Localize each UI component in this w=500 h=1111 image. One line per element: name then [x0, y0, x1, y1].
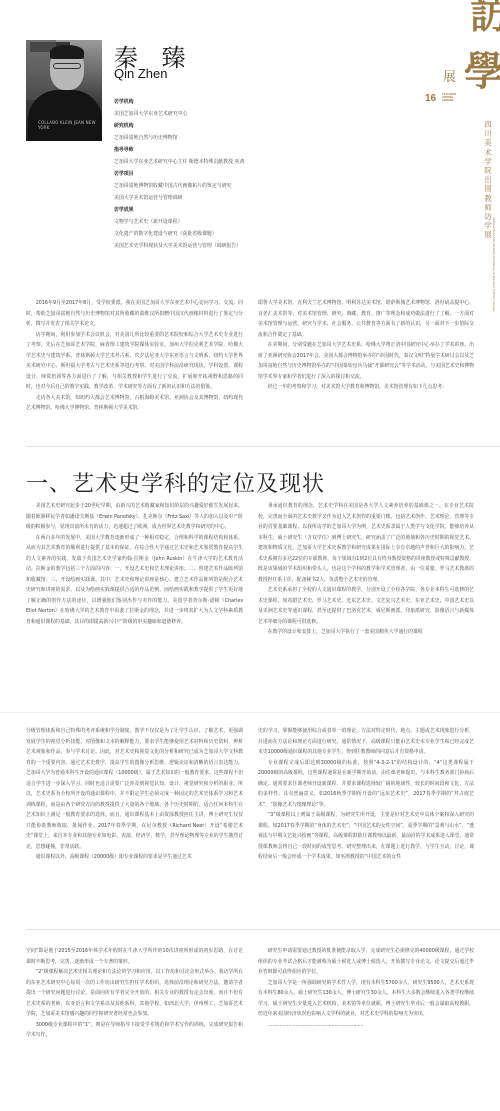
info-value: 芝加哥富地博物馆收藏中国古代画像拓片的鉴定与研究	[114, 180, 374, 192]
paragraph: 空间”即是他于2015至2016年休学术年假时在牛津大学所作的10次讲座所形成的…	[26, 946, 243, 967]
paragraph: 经过一年的考察和学习，对美术馆大学教育和博物馆、美术馆管理有如下几点思考：	[258, 382, 474, 393]
ellipsis-continuation: …………………………………………………………	[258, 1020, 474, 1031]
section1-block2-left: 分级管理体系和自己特殊的考评系统和学分制度。教学不仅仅是为了让学生认识、了解艺术…	[26, 726, 243, 863]
paragraph: 在美期间，分别受邀在芝加哥大学艺术史系、哈佛大学费正清中国研究中心举办了学术讲座…	[258, 340, 474, 382]
paragraph: 芝加哥大学是一所强调研究的学术性大学，现有本科生5700余人，研究生9500人，…	[258, 978, 474, 1020]
profile-info: 访学机构 美国芝加哥大学东亚艺术研究中心 研究机构 芝加哥富地自然与历史博物馆 …	[114, 96, 374, 252]
logo-edition-subtitle: TEACHERS VISITING ABROAD	[442, 93, 456, 103]
info-value: 芝加哥富地自然与历史博物馆	[114, 132, 374, 144]
paragraph: 通识课程以外，高级课程（20000级）即专业课程的要求是学生通过艺术	[26, 852, 243, 863]
photo-person-glasses	[53, 63, 81, 69]
paragraph: 专业课程完成后即达到30000级的标准，按照“4-3-2-1”的结构设计的。“4…	[258, 758, 474, 811]
paragraph: 研究生申请需要通过教授的批准便能录取入学，完成研究生必须修完的40000级课程，…	[258, 946, 474, 978]
photo-person-hair	[50, 45, 84, 59]
exhibition-logo: 訪 學 展 16 TEACHERS VISITING ABROAD	[420, 0, 500, 110]
paragraph: 艺术史系承担了全校的人文通识课程的教学，分别开设了全校各学院、各专业本科生可选修…	[258, 585, 474, 627]
paragraph: 走访各大美术馆，如纽约大都会艺术博物馆，古根海姆美术馆、亚洲协会及其博物馆、纽约…	[26, 393, 243, 414]
paragraph: “3”级课程以上则属于高级课程，为研究生所开设，主要是针对艺术史中具体个案和深入…	[258, 810, 474, 863]
vertical-exhibition-subtitle: Sichuan Fine Arts Institute Exhibition o…	[481, 228, 493, 308]
info-value: 文化遗产的数字化建设与研究（获批省级课题）	[114, 228, 374, 240]
paragraph: “2”级课程解决艺术史相关理论和方法论的学习和应用，以工作坊和讨论会形式举办。我…	[26, 967, 243, 1020]
paragraph: 在两百多年的发展中，美国大学教育逐渐形成了一种相对稳定、合理和科学的课程结构和体…	[26, 533, 243, 628]
info-label-achievements: 访学成果	[114, 204, 374, 216]
logo-sub-line: ABROAD	[442, 99, 456, 102]
intro-column-right: 耶鲁大学美术馆、克利夫兰艺术博物馆、明利苏达美术馆、堪萨斯城艺术博物馆、洛杉矶盖…	[258, 298, 474, 393]
paragraph: 2016年9月至2017年8月，受学校委派，我在美国芝加哥大学东亚艺术中心访问学…	[26, 298, 243, 330]
section1-block3-left: 空间”即是他于2015至2016年休学术年假时在牛津大学所作的10次讲座所形成的…	[26, 946, 243, 1041]
logo-edition-number: 16	[425, 93, 436, 104]
paragraph: 秉承通识教育的理念，艺术史学科在美国是各大学人文素养培养的基础课之一。在专业艺术…	[258, 501, 474, 585]
profile-name-english: Qin Zhen	[114, 66, 167, 81]
info-label-advisor: 指导导师	[114, 144, 374, 156]
info-label-projects: 访学项目	[114, 168, 374, 180]
section1-block3-right: 研究生申请需要通过教授的批准便能录取入学，完成研究生必须修完的40000级课程，…	[258, 946, 474, 1030]
section-divider	[26, 446, 500, 447]
section1-block1-left: 美国艺术史研究起步于20世纪早期，由新兴的艺术收藏家和知识阶层的兴趣爱好催生发展…	[26, 501, 243, 627]
section-title: 一、艺术史学科的定位及现状	[26, 467, 325, 498]
logo-char-zhan: 展	[443, 66, 456, 85]
page-divider	[0, 712, 500, 713]
info-value: 文物学与艺术史（新开设课程）	[114, 216, 374, 228]
paragraph: 史的学习，掌握能够使用综合或者单一的理论、方法对特定时代、地点、主题或艺术现象进…	[258, 726, 474, 758]
section1-block1-right: 秉承通识教育的理念，艺术史学科在美国是各大学人文素养培养的基础课之一。在专业艺术…	[258, 501, 474, 638]
info-label-visiting-institution: 访学机构	[114, 96, 374, 108]
paragraph: 在教学的设计和安排上，芝加哥大学执行了一套美国精英大学通行的课程	[258, 627, 474, 638]
info-value: 美国大学美术馆运营与管理调研	[114, 192, 374, 204]
section1-block2-right: 史的学习，掌握能够使用综合或者单一的理论、方法对特定时代、地点、主题或艺术现象进…	[258, 726, 474, 863]
photo-shirt-text: COLLABO KLEIN JEAN NEW YORK	[38, 120, 102, 130]
vertical-subtitle-text: Sichuan Fine Arts Institute Exhibition o…	[492, 217, 496, 311]
paragraph: 耶鲁大学美术馆、克利夫兰艺术博物馆、明利苏达美术馆、堪萨斯城艺术博物馆、洛杉矶盖…	[258, 298, 474, 340]
paragraph: 访学期间，利用参加学术会议机会，对美国几所比较重要的艺术院校和综合大学艺术史专业…	[26, 330, 243, 393]
info-value: 美国艺术史学科现状及大学美术馆运营与管理（调研报告）	[114, 240, 374, 252]
section-divider	[26, 929, 500, 930]
portrait-photo: COLLABO KLEIN JEAN NEW YORK	[26, 40, 102, 141]
logo-char-fang: 訪	[470, 0, 500, 34]
photo-person-body	[28, 90, 102, 141]
info-label-research-institution: 研究机构	[114, 120, 374, 132]
paragraph: 3000级专业课程中的“1”，则是在导师指导下接受学术规范和学术写作的训练，完成…	[26, 1020, 243, 1041]
paragraph: 美国艺术史研究起步于20世纪早期，由新兴的艺术收藏家和知识阶层的兴趣爱好催生发展…	[26, 501, 243, 533]
logo-char-xue: 學	[464, 52, 500, 92]
paragraph: 分级管理体系和自己特殊的考评系统和学分制度。教学不仅仅是为了让学生认识、了解艺术…	[26, 726, 243, 852]
intro-column-left: 2016年9月至2017年8月，受学校委派，我在美国芝加哥大学东亚艺术中心访问学…	[26, 298, 243, 414]
info-value: 芝加哥大学东亚艺术研究中心主任 斯德本特殊贡献教授 巫鸿	[114, 156, 374, 168]
info-value: 美国芝加哥大学东亚艺术研究中心	[114, 108, 374, 120]
